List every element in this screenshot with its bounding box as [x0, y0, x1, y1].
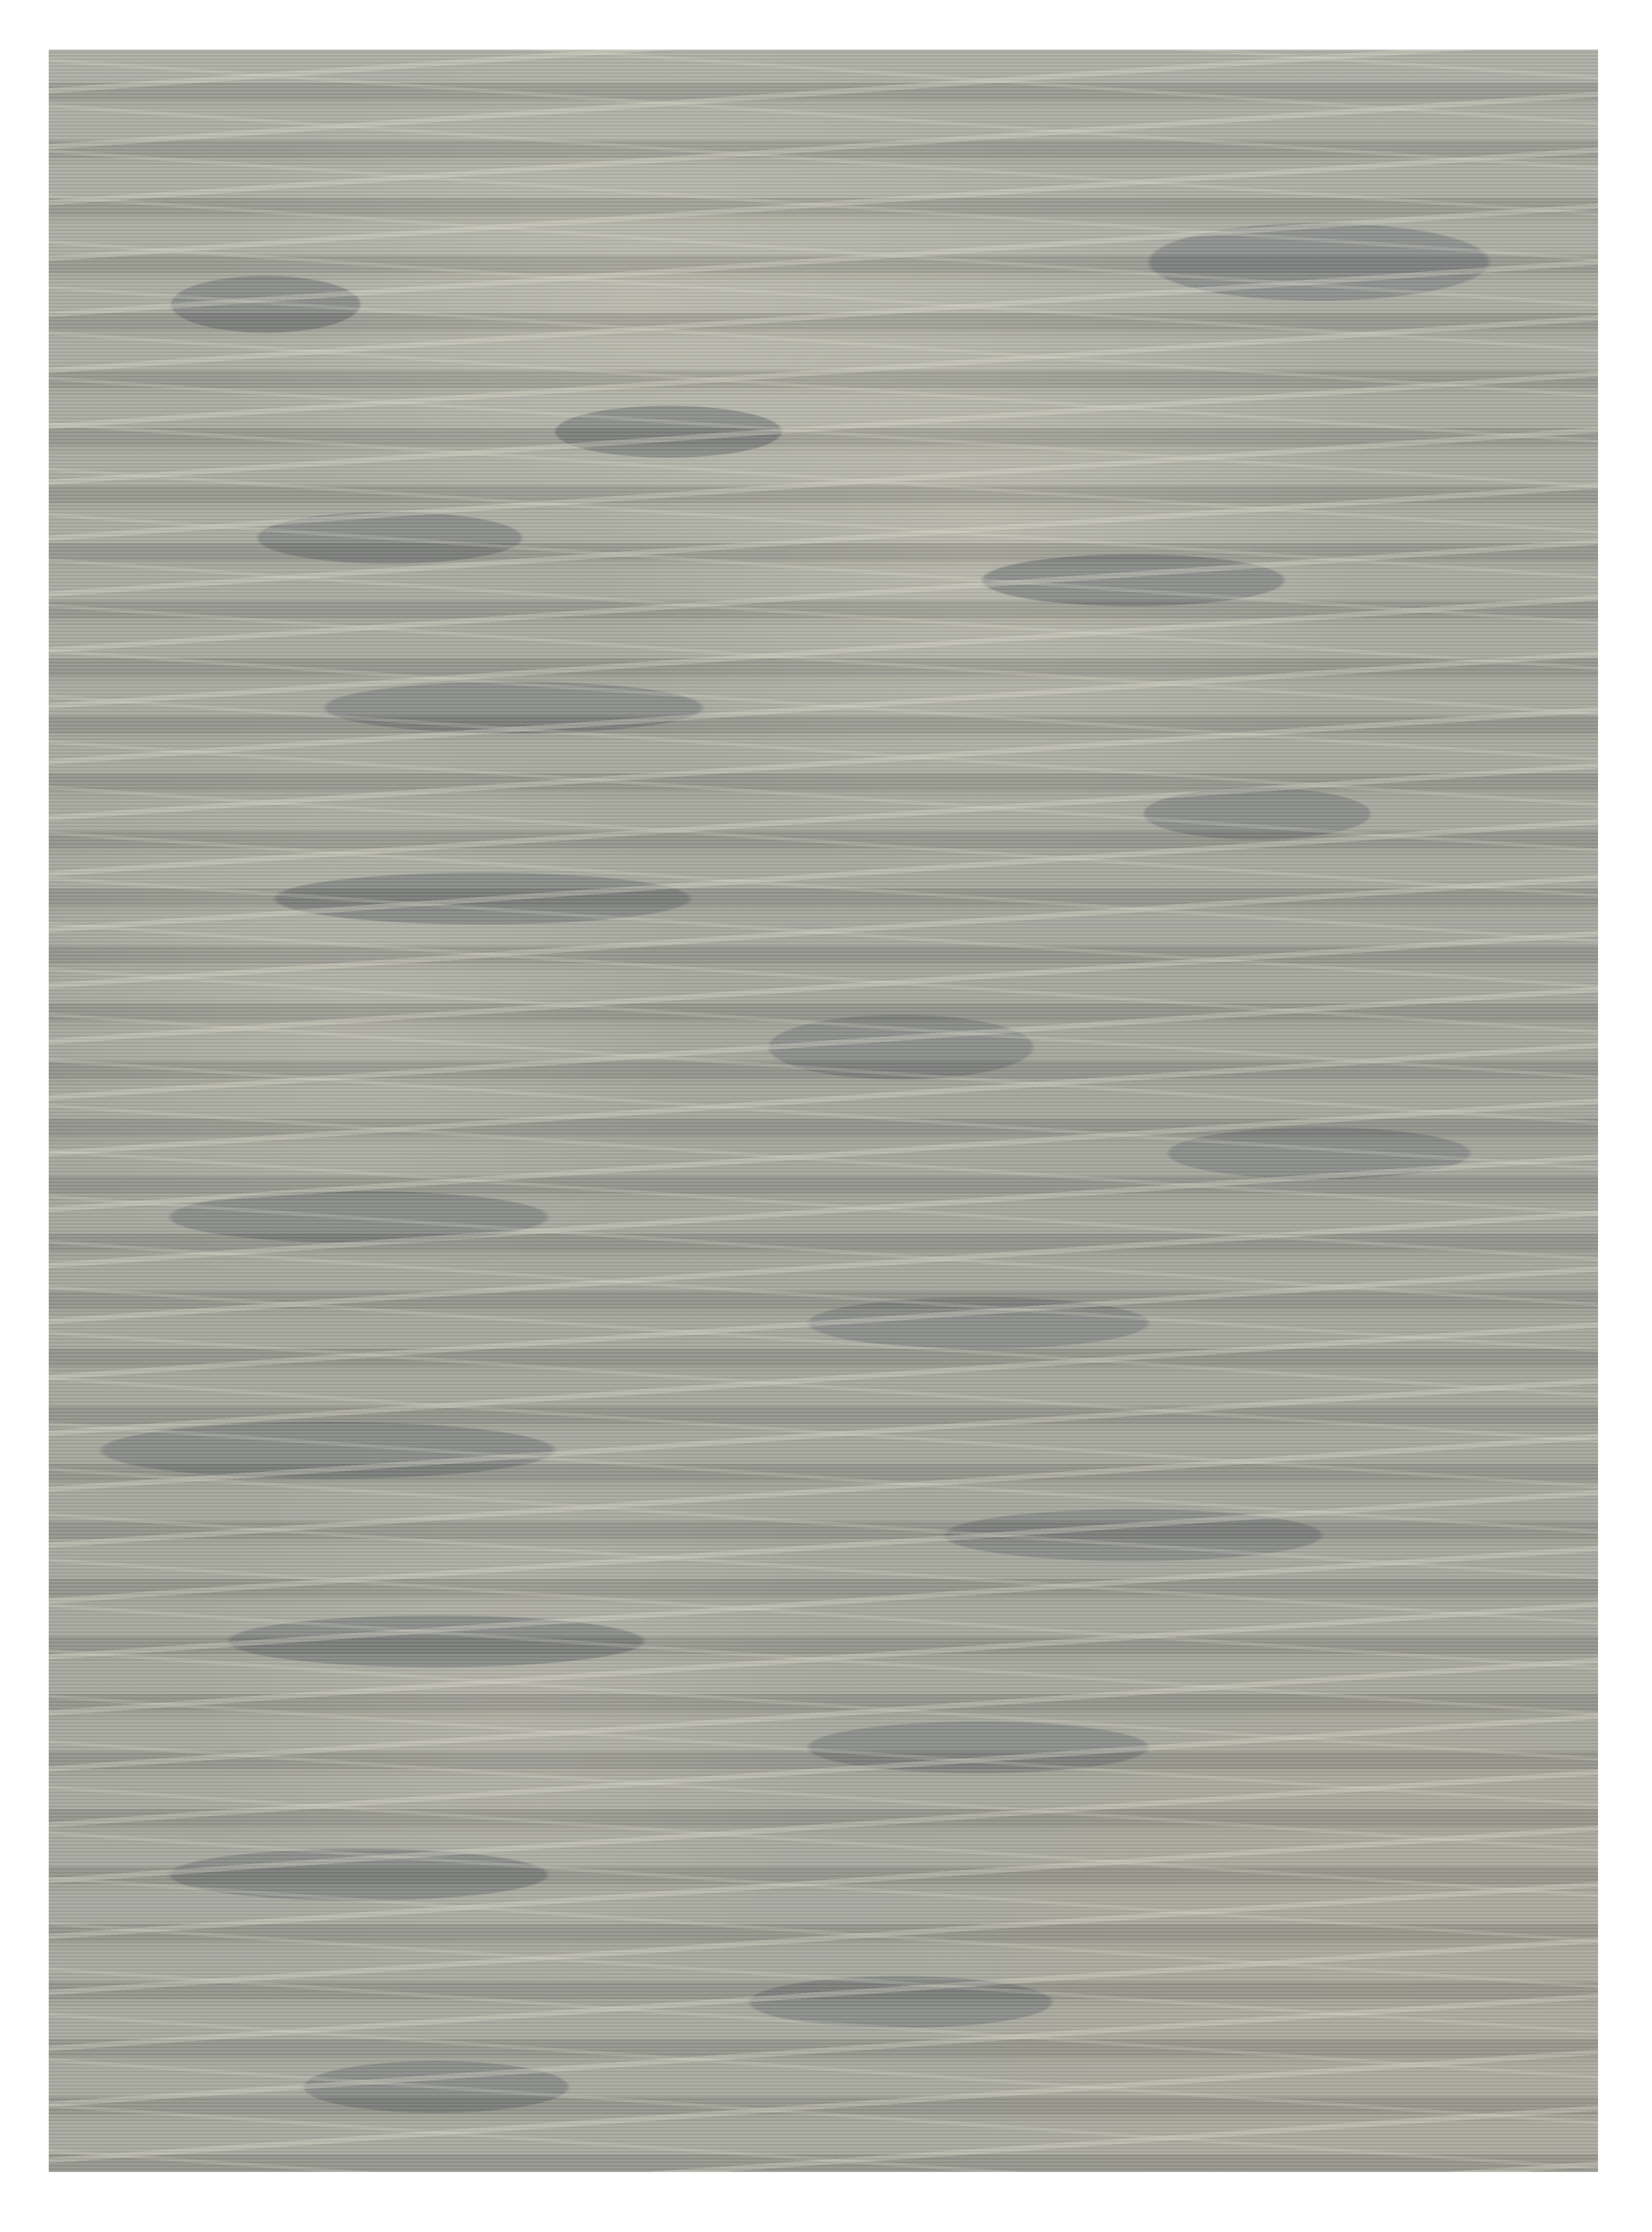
rug-pile-texture	[49, 50, 1598, 2172]
rug-image	[49, 50, 1598, 2172]
